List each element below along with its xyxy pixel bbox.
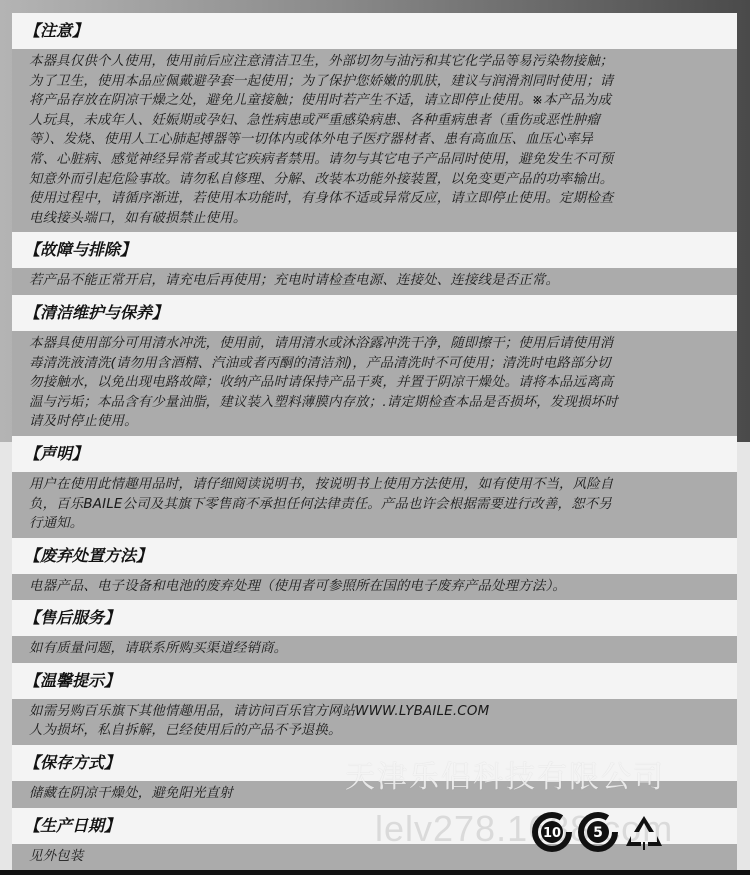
body-line: 如需另购百乐旗下其他情趣用品，请访问百乐官方网站WWW.LYBAILE.COM	[29, 702, 725, 722]
section-title: 【温馨提示】	[12, 663, 737, 699]
section-after-sales: 【售后服务】 如有质量问题，请联系所购买渠道经销商。	[12, 600, 737, 663]
body-line: 人玩具，未成年人、妊娠期或孕妇、急性病患或严重感染病患、各种重病患者（重伤或恶性…	[29, 111, 725, 131]
section-title: 【废弃处置方法】	[12, 538, 737, 574]
body-line: 毒清洗液清洗(请勿用含酒精、汽油或者丙酮的清洁剂)，产品清洗时不可使用；清洗时电…	[29, 354, 725, 374]
section-body: 若产品不能正常开启，请充电后再使用；充电时请检查电源、连接处、连接线是否正常。	[12, 268, 737, 295]
body-line: 如有质量问题，请联系所购买渠道经销商。	[29, 639, 725, 659]
body-line: 若产品不能正常开启，请充电后再使用；充电时请检查电源、连接处、连接线是否正常。	[29, 271, 725, 291]
section-body: 本器具使用部分可用清水冲洗，使用前，请用清水或沐浴露冲洗干净，随即擦干；使用后请…	[12, 331, 737, 436]
section-title: 【售后服务】	[12, 600, 737, 636]
epup-10-icon: 10	[532, 812, 572, 852]
environmental-symbols: 10 5	[532, 812, 664, 852]
section-title: 【故障与排除】	[12, 232, 737, 268]
section-caution: 【注意】 本器具仅供个人使用，使用前后应注意清洁卫生，外部切勿与油污和其它化学品…	[12, 13, 737, 232]
body-line: 用户在使用此情趣用品时，请仔细阅读说明书，按说明书上使用方法使用，如有使用不当，…	[29, 475, 725, 495]
section-body: 用户在使用此情趣用品时，请仔细阅读说明书，按说明书上使用方法使用，如有使用不当，…	[12, 472, 737, 538]
body-line: 行通知。	[29, 514, 725, 534]
section-title: 【注意】	[12, 13, 737, 49]
section-body: 电器产品、电子设备和电池的废弃处理（使用者可参照所在国的电子废弃产品处理方法）。	[12, 574, 737, 601]
section-storage: 【保存方式】 储藏在阴凉干燥处，避免阳光直射	[12, 745, 737, 808]
section-body: 如有质量问题，请联系所购买渠道经销商。	[12, 636, 737, 663]
instruction-card: 【注意】 本器具仅供个人使用，使用前后应注意清洁卫生，外部切勿与油污和其它化学品…	[12, 13, 737, 859]
recycle-icon	[624, 812, 664, 852]
body-line: 电线接头端口，如有破损禁止使用。	[29, 209, 725, 229]
body-line: 人为损坏，私自拆解，已经使用后的产品不予退换。	[29, 721, 725, 741]
epup-5-label: 5	[593, 825, 603, 841]
section-body: 本器具仅供个人使用，使用前后应注意清洁卫生，外部切勿与油污和其它化学品等易污染物…	[12, 49, 737, 232]
body-line: 请及时停止使用。	[29, 412, 725, 432]
section-body: 如需另购百乐旗下其他情趣用品，请访问百乐官方网站WWW.LYBAILE.COM …	[12, 699, 737, 745]
section-disposal: 【废弃处置方法】 电器产品、电子设备和电池的废弃处理（使用者可参照所在国的电子废…	[12, 538, 737, 601]
epup-5-icon: 5	[578, 812, 618, 852]
bottom-border	[0, 870, 750, 875]
body-line: 温与污垢；本品含有少量油脂，建议装入塑料薄膜内存放；.请定期检查本品是否损坏，发…	[29, 393, 725, 413]
section-title: 【清洁维护与保养】	[12, 295, 737, 331]
body-line: 储藏在阴凉干燥处，避免阳光直射	[29, 784, 725, 804]
body-line: 负，百乐BAILE公司及其旗下零售商不承担任何法律责任。产品也许会根据需要进行改…	[29, 495, 725, 515]
epup-10-label: 10	[543, 826, 561, 841]
body-line: 为了卫生，使用本品应佩戴避孕套一起使用；为了保护您娇嫩的肌肤，建议与润滑剂同时使…	[29, 72, 725, 92]
body-line: 常、心脏病、感觉神经异常者或其它疾病者禁用。请勿与其它电子产品同时使用，避免发生…	[29, 150, 725, 170]
body-line: 将产品存放在阴凉干燥之处，避免儿童接触；使用时若产生不适，请立即停止使用。※本产…	[29, 91, 725, 111]
section-tips: 【温馨提示】 如需另购百乐旗下其他情趣用品，请访问百乐官方网站WWW.LYBAI…	[12, 663, 737, 745]
section-title: 【声明】	[12, 436, 737, 472]
body-line: 电器产品、电子设备和电池的废弃处理（使用者可参照所在国的电子废弃产品处理方法）。	[29, 577, 725, 597]
section-troubleshooting: 【故障与排除】 若产品不能正常开启，请充电后再使用；充电时请检查电源、连接处、连…	[12, 232, 737, 295]
section-body: 储藏在阴凉干燥处，避免阳光直射	[12, 781, 737, 808]
body-line: 本器具仅供个人使用，使用前后应注意清洁卫生，外部切勿与油污和其它化学品等易污染物…	[29, 52, 725, 72]
body-line: 勿接触水，以免出现电路故障；收纳产品时请保持产品干爽，并置于阴凉干燥处。请将本品…	[29, 373, 725, 393]
body-line: 等）、发烧、使用人工心肺起搏器等一切体内或体外电子医疗器材者、患有高血压、血压心…	[29, 130, 725, 150]
body-line: 使用过程中，请循序渐进，若使用本功能时，有身体不适或异常反应，请立即停止使用。定…	[29, 189, 725, 209]
section-cleaning: 【清洁维护与保养】 本器具使用部分可用清水冲洗，使用前，请用清水或沐浴露冲洗干净…	[12, 295, 737, 436]
body-line: 本器具使用部分可用清水冲洗，使用前，请用清水或沐浴露冲洗干净，随即擦干；使用后请…	[29, 334, 725, 354]
section-title: 【保存方式】	[12, 745, 737, 781]
body-line: 知意外而引起危险事故。请勿私自修理、分解、改装本功能外接装置，以免变更产品的功率…	[29, 170, 725, 190]
section-disclaimer: 【声明】 用户在使用此情趣用品时，请仔细阅读说明书，按说明书上使用方法使用，如有…	[12, 436, 737, 538]
